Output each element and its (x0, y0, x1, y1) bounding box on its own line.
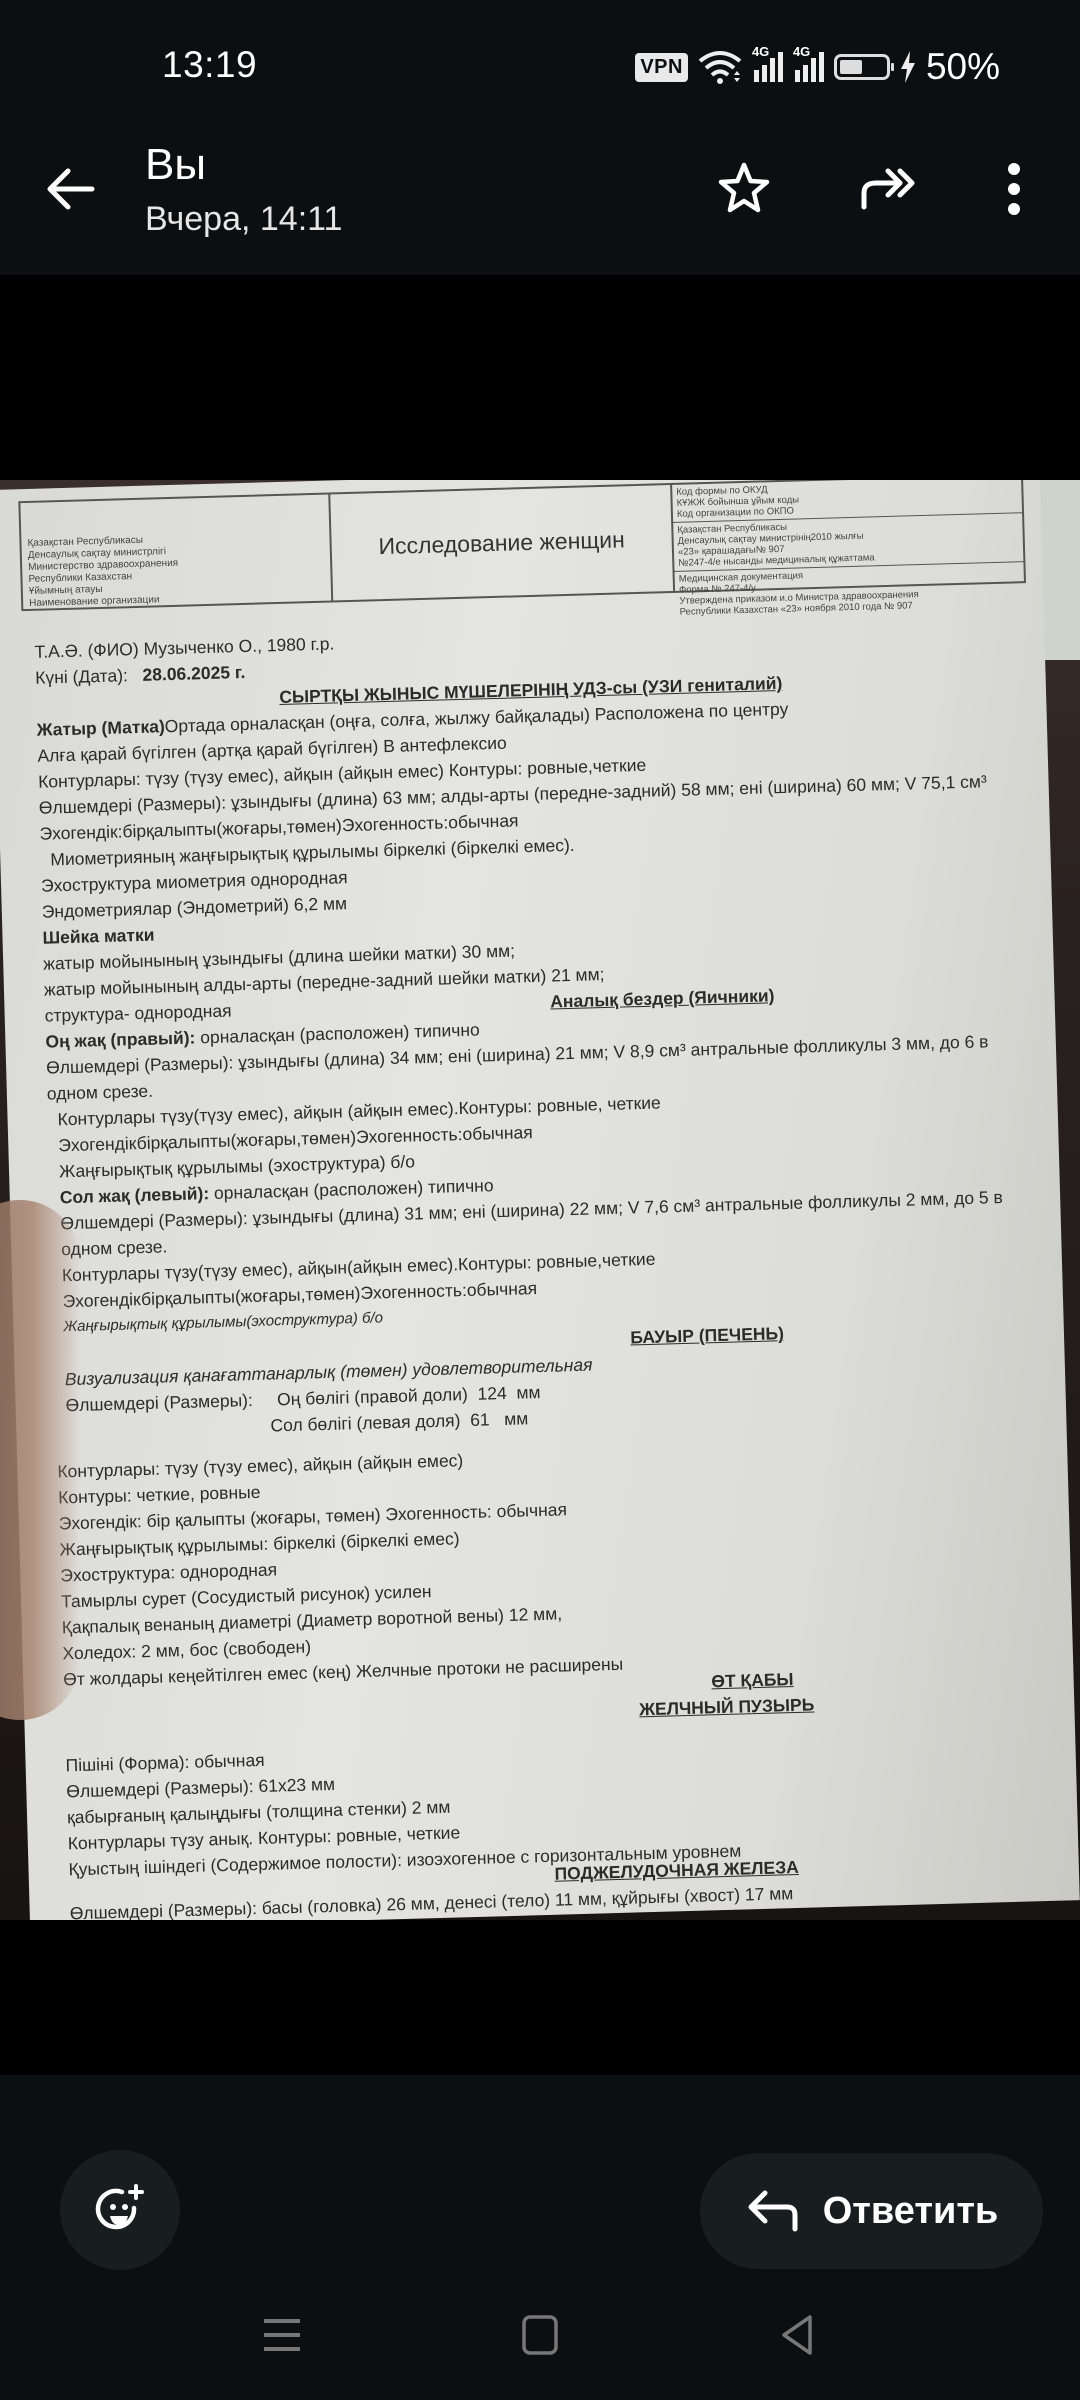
form-header-codes: Код формы по ОКУД КҰЖЖ бойынша ұйым коды… (670, 480, 1024, 591)
reply-arrow-icon (745, 2187, 801, 2235)
back-arrow-icon (40, 157, 104, 221)
vpn-icon: VPN (635, 53, 688, 82)
recents-button[interactable] (252, 2305, 312, 2365)
finger-holding-paper (0, 1200, 80, 1720)
reply-label: Ответить (823, 2190, 999, 2233)
signal-4g-icon: 4G (793, 52, 824, 82)
document-photo[interactable]: Қазақстан Республикасы Денсаулық сақтау … (0, 480, 1080, 1920)
form-header: Қазақстан Республикасы Денсаулық сақтау … (18, 480, 1026, 611)
signal-4g-icon: 4G (752, 52, 783, 82)
star-icon (712, 157, 776, 221)
status-bar: 13:19 VPN 4G 4G 50% (0, 0, 1080, 135)
image-viewer[interactable]: Қазақстан Республикасы Денсаулық сақтау … (0, 275, 1080, 2075)
battery-icon (834, 54, 890, 80)
wifi-icon (698, 49, 742, 85)
add-reaction-icon (90, 2180, 150, 2240)
forward-icon (852, 157, 922, 221)
reply-button[interactable]: Ответить (700, 2153, 1043, 2269)
medical-report-paper: Қазақстан Республикасы Денсаулық сақтау … (0, 480, 1080, 1920)
charging-bolt-icon (900, 51, 916, 83)
system-back-button[interactable] (768, 2305, 828, 2365)
report-body: Т.А.Ә. (ФИО) Музыченко О., 1980 г.р. Күн… (34, 611, 1066, 1920)
home-button[interactable] (510, 2305, 570, 2365)
form-title: Исследование женщин (330, 485, 675, 601)
more-vertical-icon (982, 157, 1046, 221)
forward-button[interactable] (852, 157, 916, 221)
favorite-button[interactable] (712, 157, 776, 221)
back-triangle-icon (778, 2313, 818, 2357)
back-button[interactable] (40, 157, 104, 221)
home-icon (520, 2313, 560, 2357)
recents-icon (262, 2315, 302, 2355)
status-icons: VPN 4G 4G 50% (635, 44, 1000, 90)
battery-percent: 50% (926, 46, 1000, 88)
status-time: 13:19 (162, 44, 257, 86)
more-options-button[interactable] (982, 157, 1046, 221)
add-reaction-button[interactable] (60, 2150, 180, 2270)
message-timestamp: Вчера, 14:11 (145, 200, 342, 239)
chat-title: Вы (145, 140, 206, 190)
form-header-organization: Қазақстан Республикасы Денсаулық сақтау … (20, 495, 333, 610)
app-bar: Вы Вчера, 14:11 (0, 135, 1080, 275)
